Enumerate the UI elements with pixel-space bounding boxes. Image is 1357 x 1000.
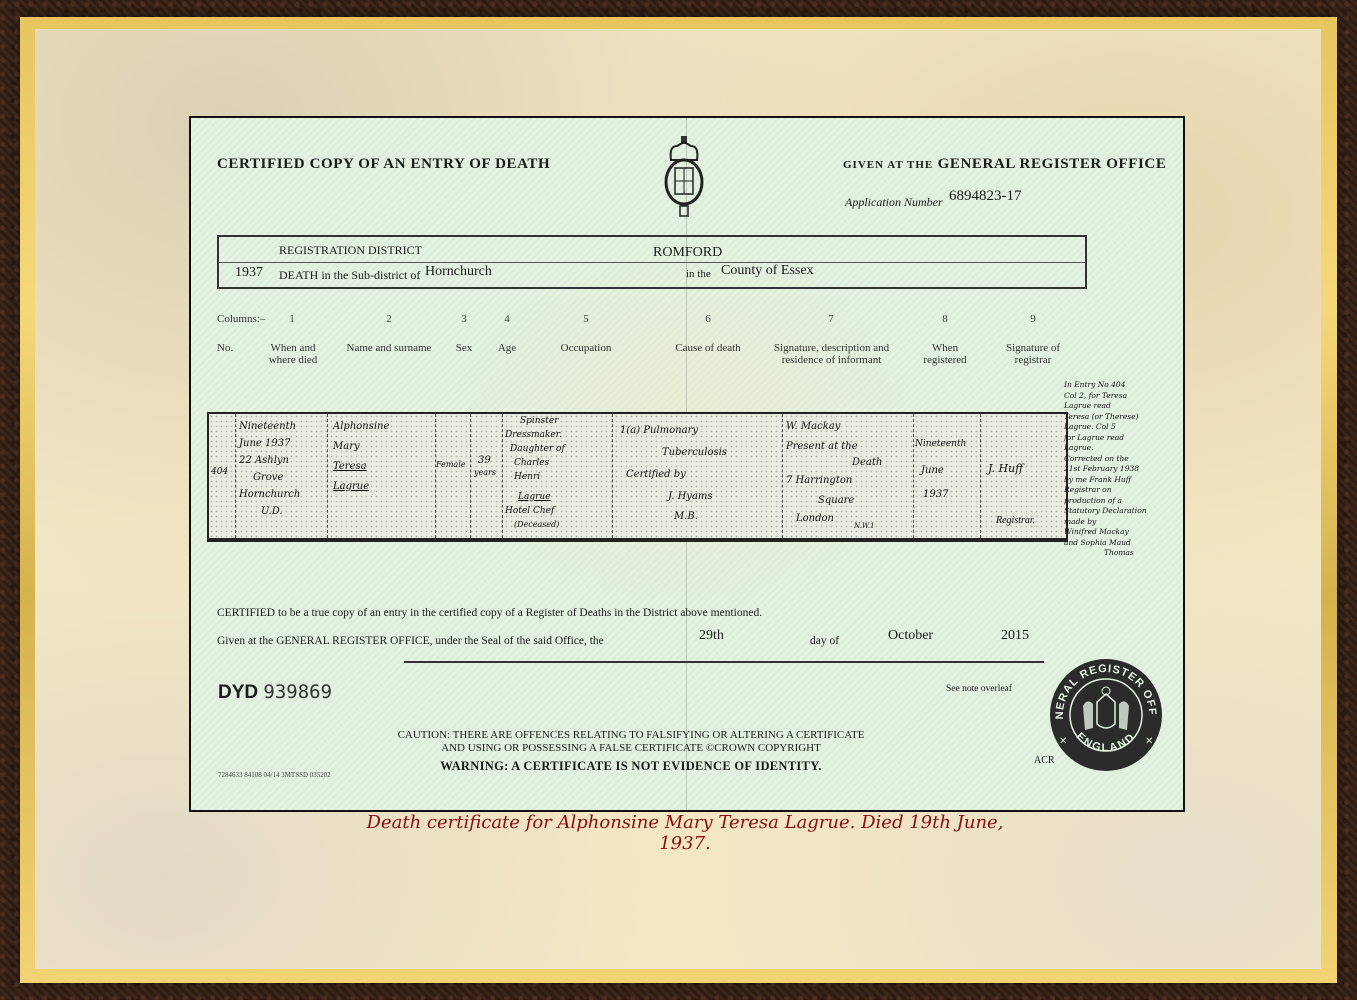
handwritten-text: June 1937 xyxy=(239,435,290,452)
cell-when-where: Nineteenth June 1937 22 Ashlyn Grove Hor… xyxy=(235,414,328,538)
in-the-label: in the xyxy=(686,268,711,280)
handwritten-text: Daughter of xyxy=(510,442,565,456)
cell-occupation: Spinster Dressmaker. Daughter of Charles… xyxy=(502,414,613,538)
handwritten-text: Spinster xyxy=(520,414,558,428)
handwritten-text: Dressmaker. xyxy=(505,428,562,442)
note-line: 21st February 1938 xyxy=(1064,464,1176,475)
handwritten-text: Lagrue xyxy=(518,490,551,504)
handwritten-text: 7 Harrington xyxy=(786,472,852,489)
image-caption: Death certificate for Alphonsine Mary Te… xyxy=(340,812,1030,854)
handwritten-text: Charles xyxy=(514,456,549,470)
handwritten-text: London xyxy=(796,510,834,527)
handwritten-text: M.B. xyxy=(674,508,698,525)
see-note-overleaf: See note overleaf xyxy=(946,684,1012,694)
handwritten-text: 1(a) Pulmonary xyxy=(620,422,698,439)
handwritten-text: 1937 xyxy=(923,486,948,503)
registration-district-box: REGISTRATION DISTRICT ROMFORD 1937 DEATH… xyxy=(217,235,1087,289)
handwritten-text: W. Mackay xyxy=(786,418,840,435)
note-line: for Lagrue read xyxy=(1064,433,1176,444)
cell-cause: 1(a) Pulmonary Tuberculosis Certified by… xyxy=(612,414,783,538)
handwritten-text: Present at the xyxy=(786,438,858,455)
handwritten-text: Nineteenth xyxy=(239,418,296,435)
cell-registrar: J. Huff Registrar. xyxy=(980,414,1064,538)
column-header: Signature of registrar xyxy=(997,342,1069,366)
column-number: 6 xyxy=(698,313,718,325)
column-number: 1 xyxy=(282,313,302,325)
handwritten-text: Female xyxy=(436,456,466,473)
note-line: and Sophia Maud xyxy=(1064,538,1176,549)
columns-label: Columns:– xyxy=(217,313,265,325)
registration-district-label: REGISTRATION DISTRICT xyxy=(279,243,422,258)
day-of-label: day of xyxy=(810,635,839,647)
handwritten-text: Mary xyxy=(333,438,360,455)
handwritten-text: years xyxy=(474,464,496,481)
registration-year: 1937 xyxy=(235,265,263,281)
divider xyxy=(219,262,1085,263)
serial-digits: 939869 xyxy=(263,681,332,703)
handwritten-text: N.W.1 xyxy=(854,518,875,535)
gro-label: GENERAL REGISTER OFFICE xyxy=(938,156,1167,172)
cell-informant: W. Mackay Present at the Death 7 Harring… xyxy=(782,414,914,538)
column-number: 4 xyxy=(497,313,517,325)
note-line: Statutory Declaration xyxy=(1064,506,1176,517)
note-line: Thomas xyxy=(1064,548,1176,559)
identity-warning: WARNING: A CERTIFICATE IS NOT EVIDENCE O… xyxy=(371,759,891,774)
note-line: Registrar on xyxy=(1064,485,1176,496)
issue-day: 29th xyxy=(699,628,724,644)
handwritten-text: Death xyxy=(852,454,882,471)
caution-notice: CAUTION: THERE ARE OFFENCES RELATING TO … xyxy=(371,729,891,755)
registrar-label: Registrar. xyxy=(996,512,1035,529)
handwritten-text: Hotel Chef xyxy=(505,504,554,518)
gro-seal-icon: GENERAL REGISTER OFFICE ENGLAND ✕ ✕ xyxy=(1049,658,1163,772)
note-line: by me Frank Huff xyxy=(1064,475,1176,486)
handwritten-text: 22 Ashlyn xyxy=(239,452,289,469)
county-value: County of Essex xyxy=(721,263,814,279)
handwritten-text: U.D. xyxy=(261,503,283,520)
handwritten-text: Certified by xyxy=(626,466,686,483)
handwritten-text: Tuberculosis xyxy=(662,444,727,461)
note-line: Corrected on the xyxy=(1064,454,1176,465)
given-at-gro: GIVEN AT THE GENERAL REGISTER OFFICE xyxy=(843,156,1166,173)
application-number: 6894823-17 xyxy=(949,188,1022,205)
cell-age: 39 years xyxy=(470,414,503,538)
handwritten-text: J. Hyams xyxy=(668,488,713,505)
handwritten-text: Lagrue xyxy=(333,478,369,495)
column-number: 8 xyxy=(935,313,955,325)
caution-line: CAUTION: THERE ARE OFFENCES RELATING TO … xyxy=(371,729,891,742)
given-at-statement: Given at the GENERAL REGISTER OFFICE, un… xyxy=(217,635,604,647)
print-code: 7284633 84108 04/14 3MTSSD 035202 xyxy=(218,771,331,779)
column-number: 2 xyxy=(379,313,399,325)
column-header: Name and surname xyxy=(339,342,439,354)
note-line: made by xyxy=(1064,517,1176,528)
registration-district-value: ROMFORD xyxy=(653,245,722,261)
subdistrict-value: Hornchurch xyxy=(425,264,492,280)
note-line: Teresa (or Therese) xyxy=(1064,412,1176,423)
handwritten-text: Grove xyxy=(253,469,283,486)
royal-crest-icon xyxy=(661,134,707,222)
serial-number: DYD 939869 xyxy=(218,681,332,704)
entry-number: 404 xyxy=(211,464,228,481)
certified-statement: CERTIFIED to be a true copy of an entry … xyxy=(217,607,762,619)
handwritten-text: Henri xyxy=(514,470,540,484)
handwritten-text: Alphonsine xyxy=(333,418,389,435)
column-header: When and where died xyxy=(263,342,323,366)
svg-text:✕: ✕ xyxy=(1059,736,1067,747)
column-header: Signature, description and residence of … xyxy=(769,342,894,366)
register-entry-row: 404 Nineteenth June 1937 22 Ashlyn Grove… xyxy=(207,412,1068,542)
handwritten-text: Nineteenth xyxy=(915,436,966,453)
handwritten-text: Hornchurch xyxy=(239,486,300,503)
column-header: Age xyxy=(491,342,523,354)
cell-name: Alphonsine Mary Teresa Lagrue xyxy=(327,414,436,538)
note-line: Lagrue. Col 5 xyxy=(1064,422,1176,433)
handwritten-text: (Deceased) xyxy=(514,518,559,532)
subdistrict-label: DEATH in the Sub-district of xyxy=(279,268,420,283)
serial-prefix: DYD xyxy=(218,682,258,703)
cell-no: 404 xyxy=(209,414,236,538)
column-header: When registered xyxy=(917,342,973,366)
column-header: Cause of death xyxy=(661,342,755,354)
note-line: Lagrue. xyxy=(1064,443,1176,454)
note-line: Winifred Mackay xyxy=(1064,527,1176,538)
note-line: Lagrue read xyxy=(1064,401,1176,412)
column-number: 3 xyxy=(454,313,474,325)
column-number: 7 xyxy=(821,313,841,325)
margin-correction-note: In Entry No 404 Col 2, for Teresa Lagrue… xyxy=(1064,380,1176,559)
caution-line: AND USING OR POSSESSING A FALSE CERTIFIC… xyxy=(371,742,891,755)
note-line: Col 2, for Teresa xyxy=(1064,391,1176,402)
column-header: Occupation xyxy=(551,342,621,354)
application-number-label: Application Number xyxy=(845,195,943,210)
given-at-label: GIVEN AT THE xyxy=(843,159,933,171)
column-header: Sex xyxy=(449,342,479,354)
issue-year: 2015 xyxy=(1001,628,1029,644)
column-header-no: No. xyxy=(217,342,233,354)
column-number: 9 xyxy=(1023,313,1043,325)
issue-month: October xyxy=(888,628,933,644)
handwritten-text: June xyxy=(921,462,944,479)
note-line: In Entry No 404 xyxy=(1064,380,1176,391)
handwritten-text: Square xyxy=(818,492,854,509)
signature-line xyxy=(404,661,1044,663)
registrar-signature: J. Huff xyxy=(988,460,1023,477)
death-certificate: CERTIFIED COPY OF AN ENTRY OF DEATH GIVE… xyxy=(189,116,1185,812)
handwritten-text: Teresa xyxy=(333,458,367,475)
column-number: 5 xyxy=(576,313,596,325)
certificate-title: CERTIFIED COPY OF AN ENTRY OF DEATH xyxy=(217,156,550,173)
cell-sex: Female xyxy=(435,414,471,538)
cell-when-registered: Nineteenth June 1937 xyxy=(913,414,981,538)
note-line: production of a xyxy=(1064,496,1176,507)
svg-text:✕: ✕ xyxy=(1145,736,1153,747)
